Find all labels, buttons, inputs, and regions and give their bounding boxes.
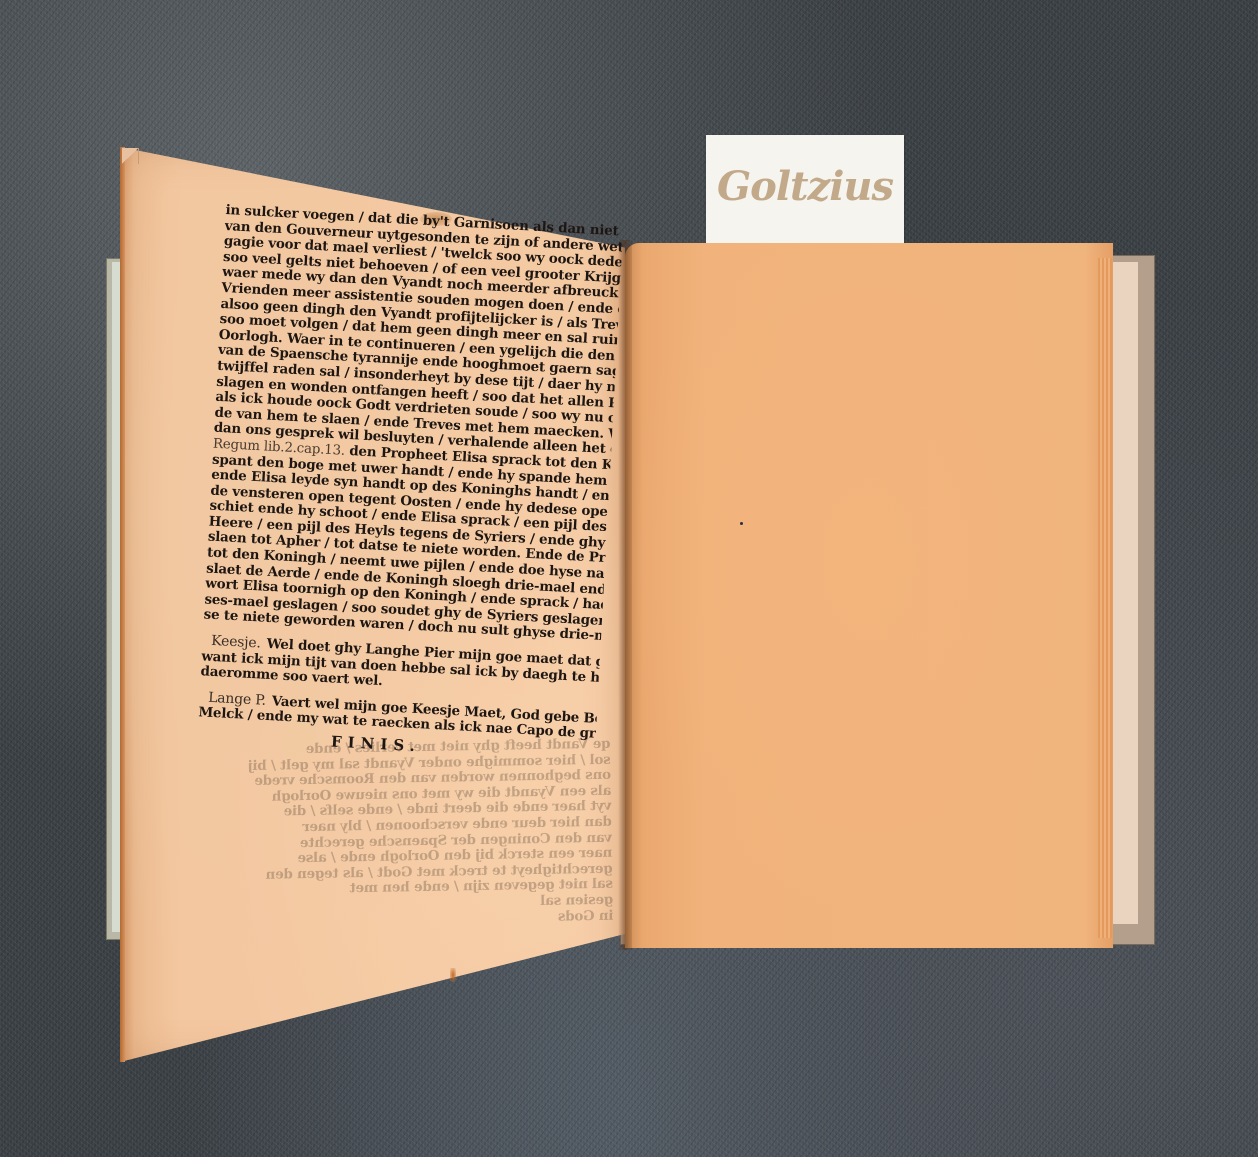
- right-page-edges: [1098, 258, 1112, 938]
- bookmark-card: Goltzius: [706, 135, 904, 245]
- speaker-keesje: Keesje.: [211, 633, 261, 651]
- front-endpaper: [1110, 262, 1138, 924]
- ink-speck: [740, 522, 743, 525]
- gutter-shadow: [618, 240, 632, 950]
- left-page-edge: [120, 147, 125, 1062]
- foxing-spot: [450, 968, 456, 982]
- bookmark-label: Goltzius: [706, 163, 904, 210]
- bleed-through-text: qe Vandt heeft ghy niet met verlies / en…: [230, 737, 613, 931]
- printed-text-block: in sulcker voegen / dat die by't Garniso…: [197, 203, 624, 764]
- dog-ear-corner: [122, 148, 139, 164]
- right-page-blank: [625, 243, 1113, 948]
